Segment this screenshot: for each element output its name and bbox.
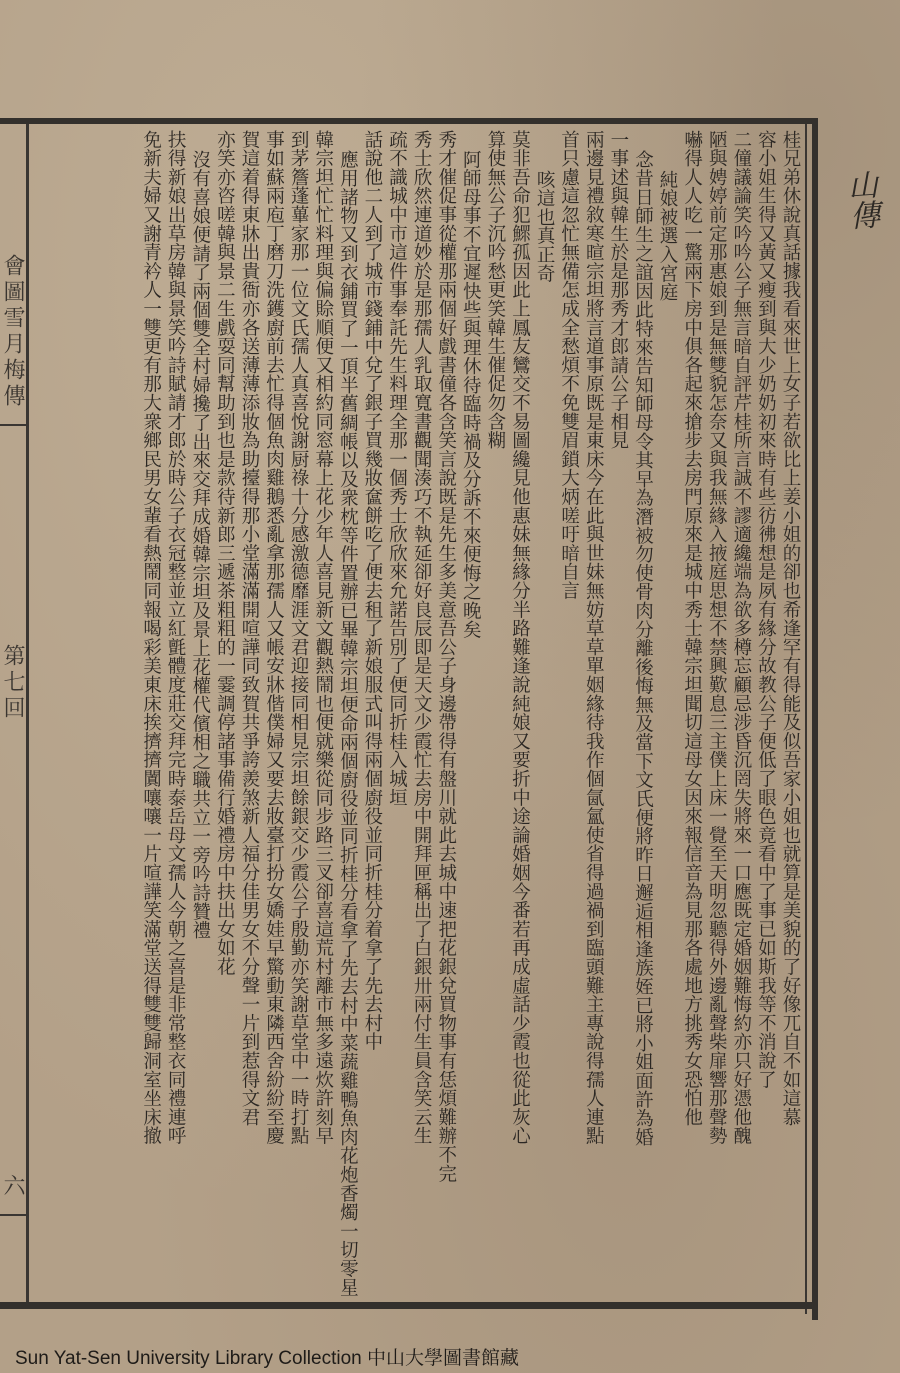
margin-chapter-label: 第七回 <box>0 644 24 722</box>
frame-border-top <box>0 118 818 124</box>
text-column: 二僮議論笑吟吟公子無言暗自評芹桂所言誠不謬適纔端為欲多樽忘顧忌涉昏沉罔失將來一口… <box>729 130 753 1298</box>
text-column: 一事述與韓生於是那秀才郎請公子相見 <box>606 130 630 1298</box>
text-column: 容小姐生得又黃又瘦到與大少奶奶初來時有些彷彿想是夙有緣分故教公子便低了眼色竟看中… <box>753 130 777 1298</box>
text-column: 到茅簷蓬蓽家那一位文氏孺人真喜悅謝厨祿十分感激德靡涯文君迎接同相見宗坦餘銀交少霞… <box>286 130 310 1298</box>
text-column: 秀士欣然連道妙於是那孺人乳取寬書觀聞湊巧不執延卻好良辰即是天文少霞忙去房中開拜匣… <box>409 130 433 1298</box>
scanned-page: 山傳 會圖雪月梅傳 第七回 六 桂兄弟休說真話據我看來世上女子若欲比上姜小姐的卻… <box>0 0 900 1373</box>
frame-border-right <box>812 118 818 1320</box>
text-column: 陋與娉婷前定那惠娘到是無雙貌怎奈又與我無緣入掖庭思想不禁興歎息三主僕上床一覺至天… <box>704 130 728 1298</box>
text-column: 免新夫婦又謝青衿人一雙更有那大衆鄉民男女輩看熱鬧同報喝彩美東床挨擠擠闐嚷嚷一片喧… <box>139 130 163 1298</box>
text-column: 嚇得人人吃一驚兩下房中俱各起來搶步去房門原來是城中秀士韓宗坦聞切這母女因來報信音… <box>680 130 704 1298</box>
text-column: 話說他二人到了城市錢鋪中兌了銀子買幾妝奩餅吃了便去租了新娘服式叫得兩個廚役並同折… <box>360 130 384 1298</box>
text-column: 應用諸物又到衣鋪買了一頂半舊綢帳以及衆枕等件置辦已畢韓宗坦便命兩個廚役並同折桂分… <box>335 130 359 1298</box>
text-column: 桂兄弟休說真話據我看來世上女子若欲比上姜小姐的卻也希逢罕有得能及似吾家小姐也就算… <box>778 130 802 1298</box>
text-column-heading: 咳這也真正奇 <box>532 130 556 1298</box>
frame-border-right-inner <box>805 124 807 1314</box>
text-column: 亦笑亦咨嗟韓與景二生戲耍同幫助到也是款待新郎三遞茶粗粗的一霎調停諸事備行婚禮房中… <box>212 130 236 1298</box>
margin-divider <box>0 424 26 426</box>
text-block: 桂兄弟休說真話據我看來世上女子若欲比上姜小姐的卻也希逢罕有得能及似吾家小姐也就算… <box>34 130 802 1298</box>
page-margin: 會圖雪月梅傳 第七回 六 <box>0 124 26 1302</box>
margin-divider <box>0 1214 26 1216</box>
text-column: 賀這着得東牀出貴衙亦各送薄薄添妝為助擡得那小堂滿滿開喧譁同致賀共爭誇羨煞新人福分… <box>237 130 261 1298</box>
text-column: 沒有喜娘便請了兩個雙全村婦攙了出來交拜成婚韓宗坦及景上花權代儐相之職共立一旁吟詩… <box>188 130 212 1298</box>
text-column: 秀才催促事從權那兩個好戲書僮各含笑言說既是先生多美意吾公子身邊帶得有盤川就此去城… <box>434 130 458 1298</box>
text-column: 疏不識城中市這件事奉託先生料理全那一個秀士欣欣來允諾告別了便同折桂入城垣 <box>385 130 409 1298</box>
text-column: 念昔日師生之誼因此特來告知師母令其早為潛被勿使骨肉分離後悔無及當下文氏便將昨日邂… <box>630 130 654 1298</box>
margin-page-number: 六 <box>0 1174 24 1200</box>
text-column: 算使無公子沉吟愁更笑韓生催促勿含糊 <box>483 130 507 1298</box>
text-column: 阿師母事不宜遲快些與理休待臨時禍及分訴不來便悔之晚矣 <box>458 130 482 1298</box>
text-column: 扶得新娘出草房韓與景笑吟詩賦請才郎於時公子衣冠整並立紅氈體度莊交拜完時泰岳母文孺… <box>163 130 187 1298</box>
frame-border-bottom <box>0 1302 818 1309</box>
text-column: 莫非吾命犯鰥孤因此上鳳友鸞交不易圖纔見他惠妹無緣分半路難逢說純娘又要折中途論婚姻… <box>507 130 531 1298</box>
text-column: 事如蘇兩庖丁磨刀洗鑊廚前去忙得個魚肉雞鵝悉亂拿那孺人又帳安牀偕僕婦又要去妝臺打扮… <box>262 130 286 1298</box>
collection-credit: Sun Yat-Sen University Library Collectio… <box>15 1343 519 1370</box>
text-column-heading: 純娘被選入宮庭 <box>655 130 679 1298</box>
margin-book-title: 會圖雪月梅傳 <box>0 254 24 410</box>
text-column: 韓宗坦忙忙料理與偏賒順便又相約同窓幕上花少年人喜見新文觀熱鬧也便就樂從同步路三叉… <box>311 130 335 1298</box>
text-column: 兩邊見禮敘寒暄宗坦將言道事原既是東床今在此與世妹無妨草草單姻緣待我作個氤氳使省得… <box>581 130 605 1298</box>
handwritten-annotation: 山傳 <box>843 169 877 231</box>
frame-border-left-inner <box>26 124 29 1302</box>
text-column: 首只慮這忽忙無備怎成全愁煩不免雙眉鎖大炳嗟吁暗自言 <box>557 130 581 1298</box>
